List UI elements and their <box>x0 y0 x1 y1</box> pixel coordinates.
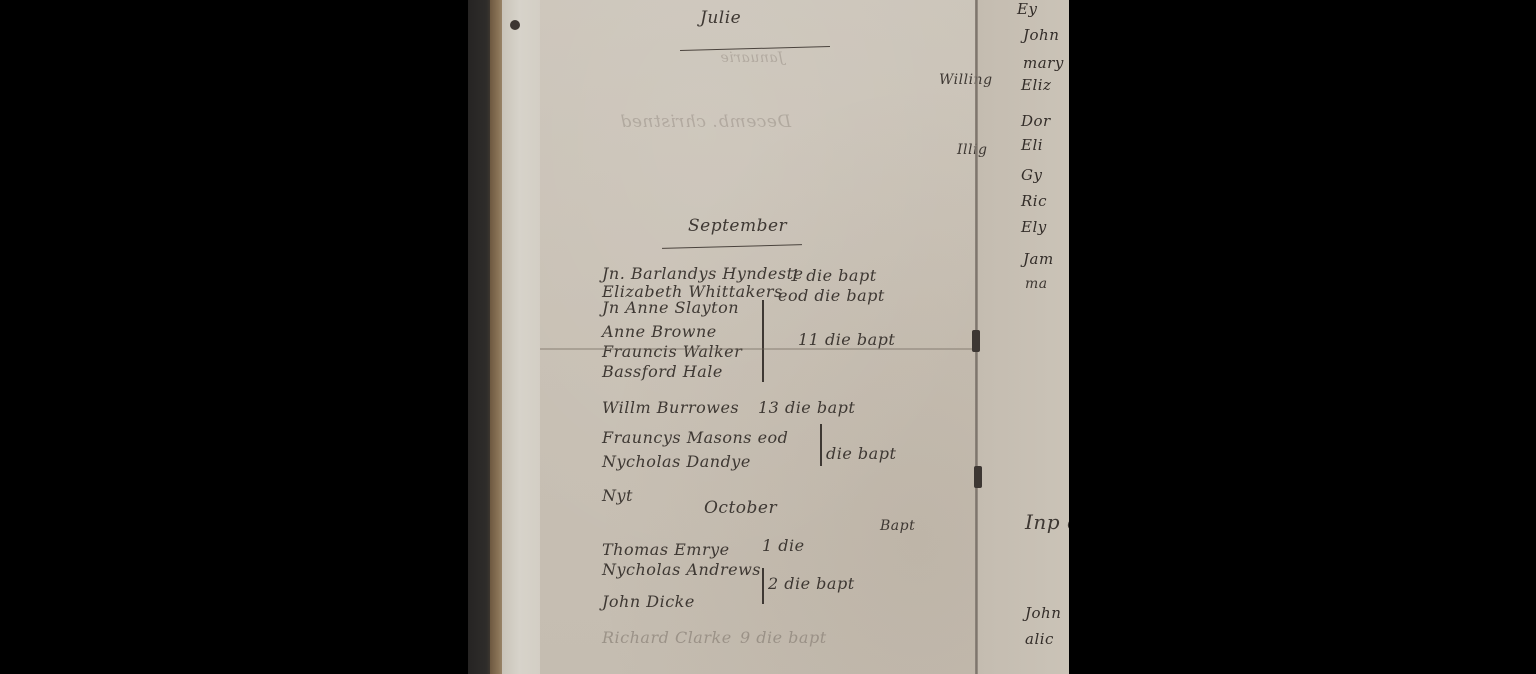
partial-line: Ric <box>1021 192 1047 210</box>
page-tear <box>974 466 982 488</box>
register-note: 11 die bapt <box>798 330 895 349</box>
page-tear <box>972 330 980 352</box>
partial-line: alic <box>1025 630 1054 648</box>
register-note: 1 die <box>762 536 805 555</box>
register-note: 2 die bapt <box>768 574 855 593</box>
document-viewer: Julie Januarie Decemb. christned Septemb… <box>468 0 1069 674</box>
register-note: 1 die bapt <box>790 266 877 285</box>
register-entry: Anne Browne <box>602 322 717 341</box>
entry-bracket <box>762 568 764 604</box>
manuscript-page-right: Willing Illig Ey John mary Eliz Dor Eli … <box>975 0 1069 674</box>
heading-rule <box>662 244 802 249</box>
section-heading: Inp ch <box>1025 510 1069 534</box>
register-entry: Nycholas Dandye <box>602 452 751 471</box>
partial-line: John <box>1025 604 1061 622</box>
month-heading-september: September <box>688 216 787 236</box>
register-entry: John Dicke <box>602 592 695 611</box>
register-entry: Frauncys Masons eod <box>602 428 788 447</box>
register-note: eod die bapt <box>778 286 885 305</box>
binding-hole <box>510 20 520 30</box>
margin-word: Nyt <box>602 486 633 505</box>
entry-bracket <box>762 300 764 382</box>
aside-note: Bapt <box>880 518 915 534</box>
partial-line: Gy <box>1021 166 1042 184</box>
register-entry: Nycholas Andrews <box>602 560 761 579</box>
partial-line: Ey <box>1017 0 1037 18</box>
register-entry: Willm Burrowes <box>602 398 739 417</box>
partial-line: Dor <box>1021 112 1051 130</box>
month-heading-julie: Julie <box>700 8 741 28</box>
register-entry: Jn. Barlandys Hyndeste <box>602 264 804 283</box>
register-entry: Bassford Hale <box>602 362 723 381</box>
entry-bracket <box>820 424 822 466</box>
register-entry: Frauncis Walker <box>602 342 742 361</box>
partial-line: ma <box>1025 276 1048 292</box>
partial-line: mary <box>1023 54 1064 72</box>
register-entry: Richard Clarke <box>602 628 732 647</box>
month-heading-october: October <box>704 498 777 518</box>
partial-line: Eliz <box>1021 76 1051 94</box>
bleed-through-text: Decemb. christned <box>620 112 791 132</box>
register-entry: Jn Anne Slayton <box>602 298 739 317</box>
register-note: die bapt <box>826 444 896 463</box>
register-note: 13 die bapt <box>758 398 855 417</box>
partial-line: Jam <box>1023 250 1054 268</box>
partial-line: John <box>1023 26 1059 44</box>
register-entry: Thomas Emrye <box>602 540 730 559</box>
partial-line: Eli <box>1021 136 1043 154</box>
margin-note: Illig <box>957 142 987 158</box>
binding-edge <box>490 0 504 674</box>
partial-line: Ely <box>1021 218 1047 236</box>
bleed-through-text: Januarie <box>720 50 784 66</box>
margin-note: Willing <box>939 72 993 88</box>
register-note: 9 die bapt <box>740 628 827 647</box>
